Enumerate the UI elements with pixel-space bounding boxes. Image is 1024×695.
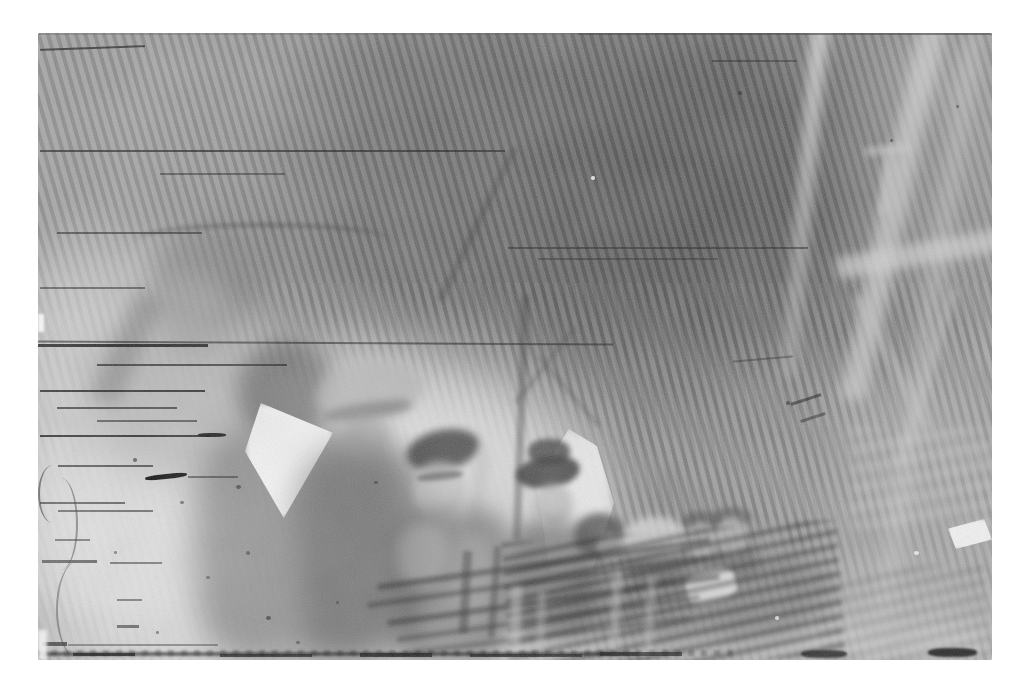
photo-edge-notch-left <box>38 314 44 332</box>
scratch <box>117 625 139 628</box>
page-background <box>0 0 1024 695</box>
speck-dark <box>133 458 137 462</box>
speck-dark <box>786 401 790 405</box>
rail-streak-band-tail <box>814 561 992 660</box>
speck-dark <box>296 641 300 644</box>
scratch <box>58 465 153 467</box>
speck-dark <box>956 105 959 108</box>
scratch <box>538 258 718 260</box>
speck-dark <box>206 576 210 579</box>
speck-white <box>591 176 595 180</box>
photo-edge-dash <box>600 652 682 656</box>
photo-edge-dash <box>73 653 135 656</box>
speck-dark <box>114 551 117 554</box>
photo-edge-dash <box>360 653 432 657</box>
scratch <box>57 407 177 409</box>
photo-edge-dash <box>470 654 582 657</box>
scratch <box>97 420 197 422</box>
speck-white <box>775 616 779 620</box>
wall-streaks-right <box>850 428 992 528</box>
scratch <box>40 150 505 152</box>
rail-streak-band <box>502 519 846 660</box>
scratch-blob <box>198 433 226 437</box>
speck-dark <box>374 481 378 484</box>
scratch <box>40 287 145 289</box>
photo-edge-dash <box>220 654 312 657</box>
scratch <box>117 599 142 601</box>
speck-dark <box>738 91 742 95</box>
scratch <box>57 232 202 234</box>
dark-hat-man-face <box>534 483 573 525</box>
scratch-arc <box>56 561 100 658</box>
photo-edge-chip-bottom-left <box>38 630 47 660</box>
scratch <box>38 344 208 347</box>
scratch <box>97 364 287 366</box>
photo-edge-top <box>38 33 992 35</box>
photograph <box>38 33 992 660</box>
scratch-arc <box>44 478 78 570</box>
scratch <box>40 390 205 392</box>
speck-dark <box>180 501 184 504</box>
scratch <box>712 60 797 62</box>
speck-dark <box>236 485 241 489</box>
speck-dark <box>246 551 250 555</box>
speck-dark <box>156 631 159 634</box>
scratch <box>110 562 162 564</box>
scratch <box>188 476 238 478</box>
speck-dark <box>266 616 271 620</box>
photo-edge-blob-1 <box>801 650 847 658</box>
photo-edge-blob-2 <box>928 648 977 657</box>
scratch <box>160 173 285 175</box>
speck-dark <box>336 601 339 604</box>
speck-white <box>914 551 919 555</box>
scratch <box>40 435 210 437</box>
scratch <box>508 247 808 249</box>
speck-dark <box>890 139 893 142</box>
